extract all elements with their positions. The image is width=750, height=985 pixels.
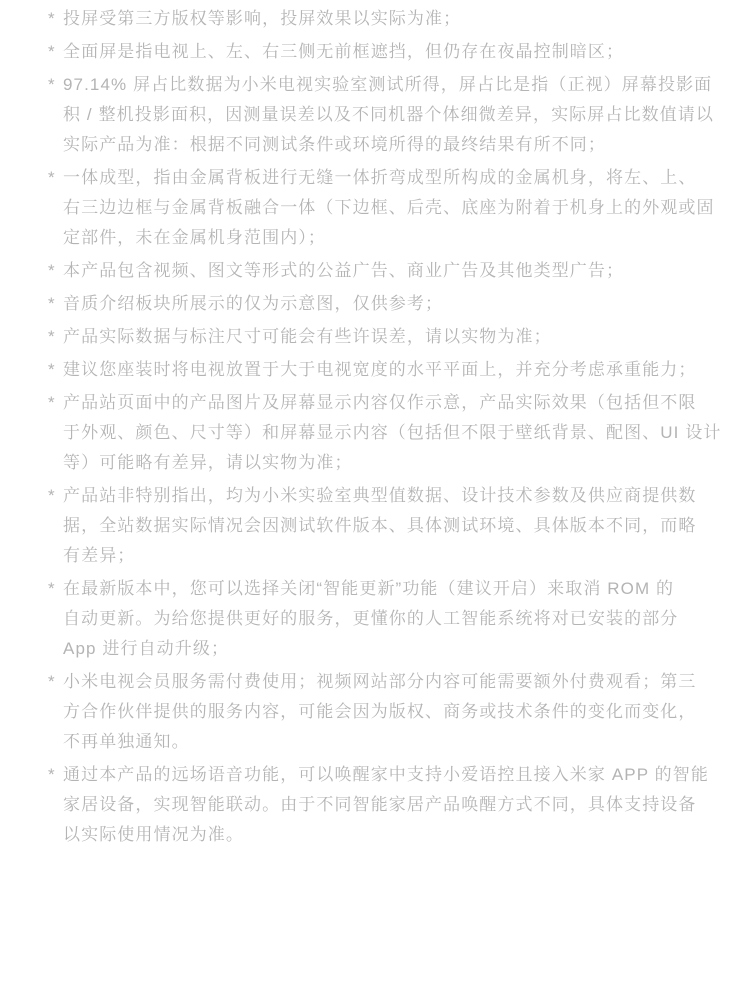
disclaimer-page: *投屏受第三方版权等影响，投屏效果以实际为准； *全面屏是指电视上、左、右三侧无… bbox=[0, 0, 750, 985]
disclaimer-text: 建议您座装时将电视放置于大于电视宽度的水平平面上，并充分考虑承重能力； bbox=[63, 360, 697, 379]
disclaimer-text: 产品实际数据与标注尺寸可能会有些许误差，请以实物为准； bbox=[63, 327, 552, 346]
disclaimer-text: 小米电视会员服务需付费使用；视频网站部分内容可能需要额外付费观看；第三 方合作伙… bbox=[63, 672, 697, 751]
disclaimer-item: *全面屏是指电视上、左、右三侧无前框遮挡，但仍存在夜晶控制暗区； bbox=[63, 37, 730, 67]
bullet-marker: * bbox=[48, 667, 63, 697]
disclaimer-item: *本产品包含视频、图文等形式的公益广告、商业广告及其他类型广告； bbox=[63, 256, 730, 286]
bullet-marker: * bbox=[48, 37, 63, 67]
bullet-marker: * bbox=[48, 760, 63, 790]
disclaimer-item: *产品实际数据与标注尺寸可能会有些许误差，请以实物为准； bbox=[63, 322, 730, 352]
disclaimer-text: 通过本产品的远场语音功能，可以唤醒家中支持小爱语控且接入米家 APP 的智能 家… bbox=[63, 765, 709, 844]
disclaimer-text: 本产品包含视频、图文等形式的公益广告、商业广告及其他类型广告； bbox=[63, 261, 624, 280]
bullet-marker: * bbox=[48, 481, 63, 511]
disclaimer-item: *音质介绍板块所展示的仅为示意图，仅供参考； bbox=[63, 289, 730, 319]
disclaimer-item: *产品站非特别指出，均为小米实验室典型值数据、设计技术参数及供应商提供数 据，全… bbox=[63, 481, 730, 571]
disclaimer-item: *通过本产品的远场语音功能，可以唤醒家中支持小爱语控且接入米家 APP 的智能 … bbox=[63, 760, 730, 850]
bullet-marker: * bbox=[48, 163, 63, 193]
disclaimer-item: *97.14% 屏占比数据为小米电视实验室测试所得，屏占比是指（正视）屏幕投影面… bbox=[63, 70, 730, 160]
disclaimer-item: *在最新版本中，您可以选择关闭“智能更新”功能（建议开启）来取消 ROM 的 自… bbox=[63, 574, 730, 664]
disclaimer-text: 投屏受第三方版权等影响，投屏效果以实际为准； bbox=[63, 9, 461, 28]
disclaimer-item: *小米电视会员服务需付费使用；视频网站部分内容可能需要额外付费观看；第三 方合作… bbox=[63, 667, 730, 757]
bullet-marker: * bbox=[48, 355, 63, 385]
disclaimer-item: *一体成型，指由金属背板进行无缝一体折弯成型所构成的金属机身，将左、上、 右三边… bbox=[63, 163, 730, 253]
bullet-marker: * bbox=[48, 574, 63, 604]
bullet-marker: * bbox=[48, 322, 63, 352]
disclaimer-text: 一体成型，指由金属背板进行无缝一体折弯成型所构成的金属机身，将左、上、 右三边边… bbox=[63, 168, 715, 247]
disclaimer-item: *产品站页面中的产品图片及屏幕显示内容仅作示意，产品实际效果（包括但不限 于外观… bbox=[63, 388, 730, 478]
bullet-marker: * bbox=[48, 289, 63, 319]
disclaimer-text: 音质介绍板块所展示的仅为示意图，仅供参考； bbox=[63, 294, 443, 313]
bullet-marker: * bbox=[48, 70, 63, 100]
bullet-marker: * bbox=[48, 256, 63, 286]
disclaimer-text: 产品站非特别指出，均为小米实验室典型值数据、设计技术参数及供应商提供数 据，全站… bbox=[63, 486, 697, 565]
disclaimer-text: 全面屏是指电视上、左、右三侧无前框遮挡，但仍存在夜晶控制暗区； bbox=[63, 42, 624, 61]
disclaimer-text: 97.14% 屏占比数据为小米电视实验室测试所得，屏占比是指（正视）屏幕投影面 … bbox=[63, 75, 714, 154]
disclaimer-item: *建议您座装时将电视放置于大于电视宽度的水平平面上，并充分考虑承重能力； bbox=[63, 355, 730, 385]
bullet-marker: * bbox=[48, 388, 63, 418]
disclaimer-text: 在最新版本中，您可以选择关闭“智能更新”功能（建议开启）来取消 ROM 的 自动… bbox=[63, 579, 678, 658]
disclaimer-text: 产品站页面中的产品图片及屏幕显示内容仅作示意，产品实际效果（包括但不限 于外观、… bbox=[63, 393, 722, 472]
bullet-marker: * bbox=[48, 4, 63, 34]
disclaimer-item: *投屏受第三方版权等影响，投屏效果以实际为准； bbox=[63, 4, 730, 34]
disclaimer-list: *投屏受第三方版权等影响，投屏效果以实际为准； *全面屏是指电视上、左、右三侧无… bbox=[0, 0, 750, 850]
